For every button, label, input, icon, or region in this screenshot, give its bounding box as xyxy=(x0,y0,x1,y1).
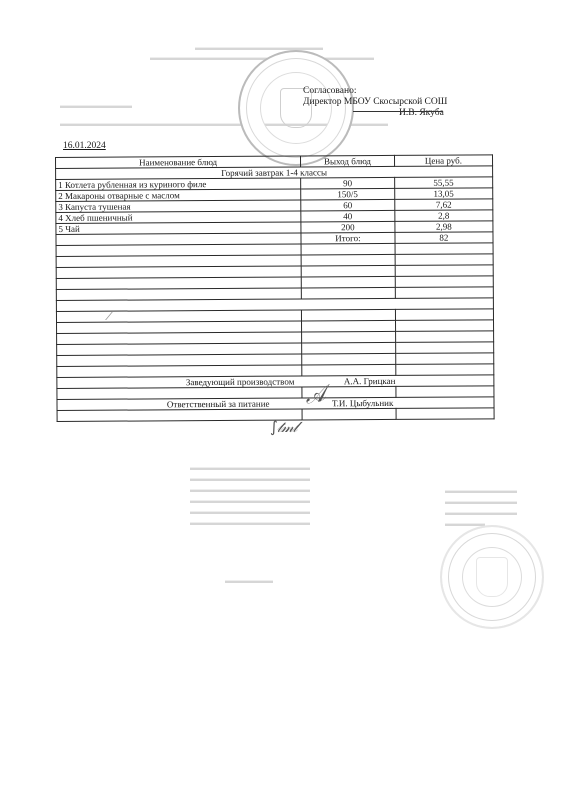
nutrition-responsible-title: Ответственный за питание xyxy=(59,399,269,410)
dish-price: 55,55 xyxy=(394,177,492,189)
total-value: 82 xyxy=(395,232,493,244)
dish-portion: 40 xyxy=(301,210,395,222)
header-price: Цена руб. xyxy=(394,155,492,167)
bleed-through-text: ▬▬▬▬▬▬ xyxy=(225,575,273,586)
bleed-through-text: ▬▬▬▬▬▬▬▬▬▬▬▬▬▬▬▬▬▬▬▬▬▬▬▬▬▬▬▬▬▬▬▬▬▬▬▬▬▬▬▬… xyxy=(190,462,310,528)
approval-label: Согласовано: xyxy=(303,86,447,97)
approval-position: Директор МБОУ Скосырской СОШ xyxy=(303,97,447,108)
document-date: 16.01.2024 xyxy=(63,141,106,151)
header-portion: Выход блюд xyxy=(301,155,395,167)
dish-price: 2,98 xyxy=(395,221,493,233)
pen-mark-icon: ⁄ xyxy=(108,310,110,323)
coat-of-arms-icon xyxy=(476,557,508,597)
bleed-through-text: ▬▬▬▬▬▬▬▬▬▬▬▬▬▬▬▬▬▬▬▬▬▬▬▬▬▬▬▬▬▬▬▬ xyxy=(445,485,517,529)
production-manager-title: Заведующий производством xyxy=(59,377,294,388)
approval-name: И.В. Якуба xyxy=(303,108,447,119)
round-seal-icon xyxy=(440,525,544,629)
total-label: Итого: xyxy=(301,232,395,244)
bleed-through-text: ▬▬▬▬▬▬▬▬▬ xyxy=(60,100,132,111)
handwritten-signature-icon: ∫𝓉𝓂𝓁 xyxy=(270,418,297,436)
signature-line xyxy=(353,111,443,112)
dish-portion: 90 xyxy=(301,177,395,189)
nutrition-responsible-name: Т.И. Цыбульник xyxy=(332,398,393,408)
dish-portion: 200 xyxy=(301,221,395,233)
dish-portion: 60 xyxy=(301,199,395,211)
handwritten-signature-icon: 𝒜 xyxy=(303,381,328,409)
production-manager-name: А.А. Грицкан xyxy=(344,376,396,386)
dish-portion: 150/5 xyxy=(301,188,395,200)
menu-table: Наименование блюд Выход блюд Цена руб. Г… xyxy=(55,154,495,422)
dish-price: 13,05 xyxy=(394,188,492,200)
dish-price: 7,62 xyxy=(395,199,493,211)
approval-block: Согласовано: Директор МБОУ Скосырской СО… xyxy=(303,86,447,119)
dish-price: 2,8 xyxy=(395,210,493,222)
